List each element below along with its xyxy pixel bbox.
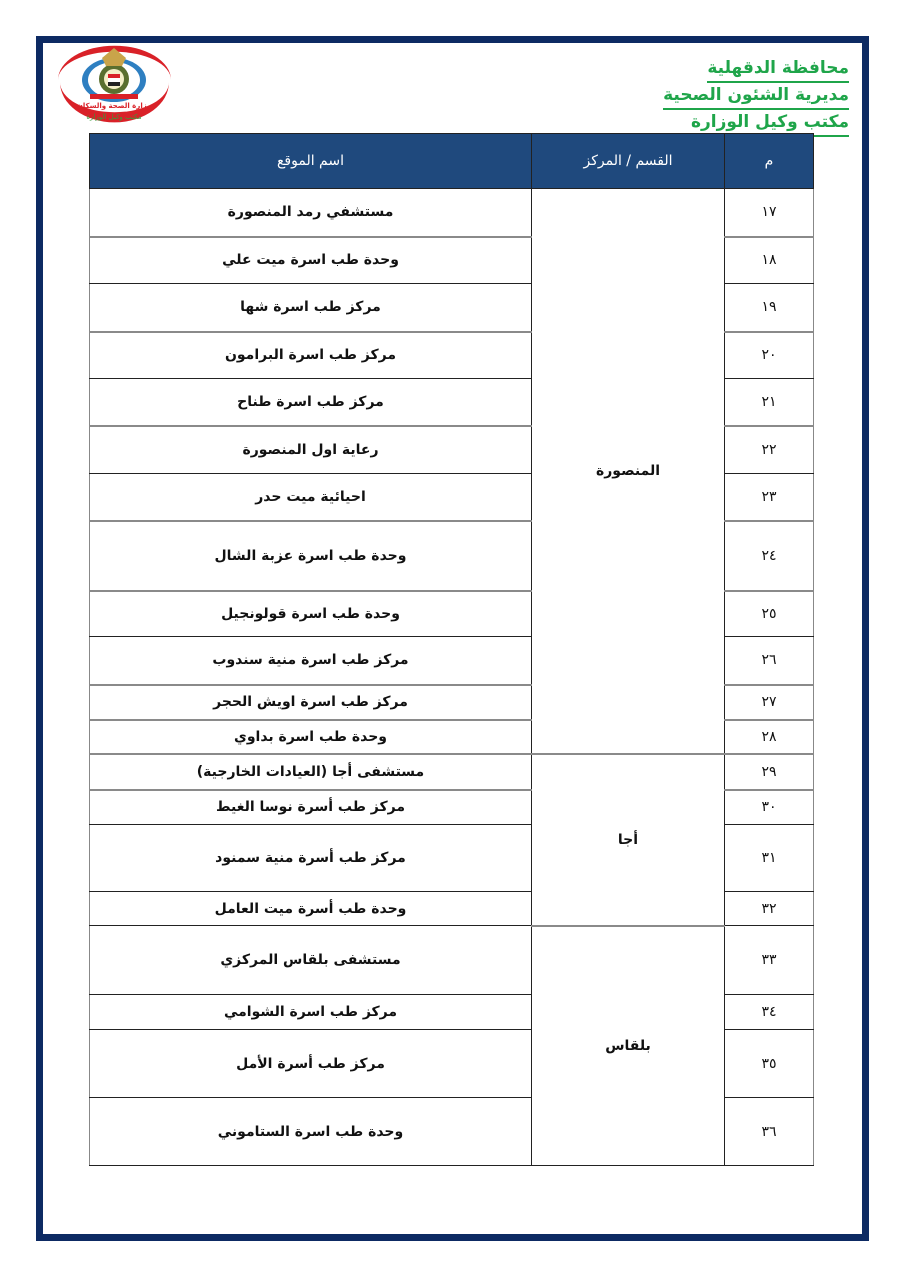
row-number: ١٨ [725,237,814,284]
table-header-row: م القسم / المركز اسم الموقع [90,134,814,189]
row-number: ٢١ [725,379,814,426]
row-number: ١٩ [725,284,814,332]
row-number: ٣٣ [725,926,814,995]
row-number: ٣٥ [725,1030,814,1098]
ministry-of-health-emblem-icon: وزارة الصحة والسكان مكتب وكيل الوزارة [52,44,177,126]
row-number: ٢٠ [725,332,814,379]
site-name: وحدة طب اسرة ميت علي [90,237,532,284]
site-name: احيائية ميت حدر [90,474,532,521]
site-name: مركز طب اسرة طناح [90,379,532,426]
site-name: مركز طب أسرة نوسا الغيط [90,790,532,825]
site-name: وحدة طب اسرة بداوي [90,720,532,754]
site-name: وحدة طب اسرة قولونجيل [90,591,532,637]
row-number: ١٧ [725,189,814,237]
row-number: ٢٨ [725,720,814,754]
site-name: وحدة طب أسرة ميت العامل [90,892,532,926]
row-number: ٣٤ [725,995,814,1030]
governorate-header: محافظة الدقهلية مديرية الشئون الصحية مكت… [663,56,849,137]
site-name: مركز طب اسرة الشوامي [90,995,532,1030]
col-header-district: القسم / المركز [532,134,725,189]
site-name: مستشفى أجا (العيادات الخارجية) [90,754,532,790]
col-header-number: م [725,134,814,189]
site-name: وحدة طب اسرة عزبة الشال [90,521,532,591]
row-number: ٢٧ [725,685,814,720]
row-number: ٢٣ [725,474,814,521]
table-row: ١٧ المنصورة مستشفي رمد المنصورة [90,189,814,237]
district-cell: المنصورة [532,189,725,754]
row-number: ٢٩ [725,754,814,790]
district-cell: بلقاس [532,926,725,1166]
row-number: ٣٦ [725,1098,814,1166]
svg-text:وزارة الصحة والسكان: وزارة الصحة والسكان [77,102,151,110]
col-header-site-name: اسم الموقع [90,134,532,189]
site-name: مستشفي رمد المنصورة [90,189,532,237]
site-name: مركز طب أسرة الأمل [90,1030,532,1098]
sites-table: م القسم / المركز اسم الموقع ١٧ المنصورة … [89,133,814,1166]
table-row: ٣٣ بلقاس مستشفى بلقاس المركزي [90,926,814,995]
site-name: مستشفى بلقاس المركزي [90,926,532,995]
site-name: مركز طب اسرة شها [90,284,532,332]
site-name: وحدة طب اسرة الستاموني [90,1098,532,1166]
row-number: ٢٤ [725,521,814,591]
site-name: مركز طب اسرة البرامون [90,332,532,379]
row-number: ٣١ [725,825,814,892]
site-name: مركز طب اسرة اويش الحجر [90,685,532,720]
svg-text:مكتب وكيل الوزارة: مكتب وكيل الوزارة [86,113,141,121]
district-cell: أجا [532,754,725,926]
site-name: مركز طب أسرة منية سمنود [90,825,532,892]
row-number: ٢٥ [725,591,814,637]
row-number: ٣٢ [725,892,814,926]
row-number: ٢٦ [725,637,814,685]
site-name: مركز طب اسرة منية سندوب [90,637,532,685]
header-governorate: محافظة الدقهلية [707,56,849,83]
ministry-logo: وزارة الصحة والسكان مكتب وكيل الوزارة [52,44,177,126]
row-number: ٢٢ [725,426,814,474]
table-row: ٢٩ أجا مستشفى أجا (العيادات الخارجية) [90,754,814,790]
row-number: ٣٠ [725,790,814,825]
header-directorate: مديرية الشئون الصحية [663,83,849,110]
site-name: رعاية اول المنصورة [90,426,532,474]
